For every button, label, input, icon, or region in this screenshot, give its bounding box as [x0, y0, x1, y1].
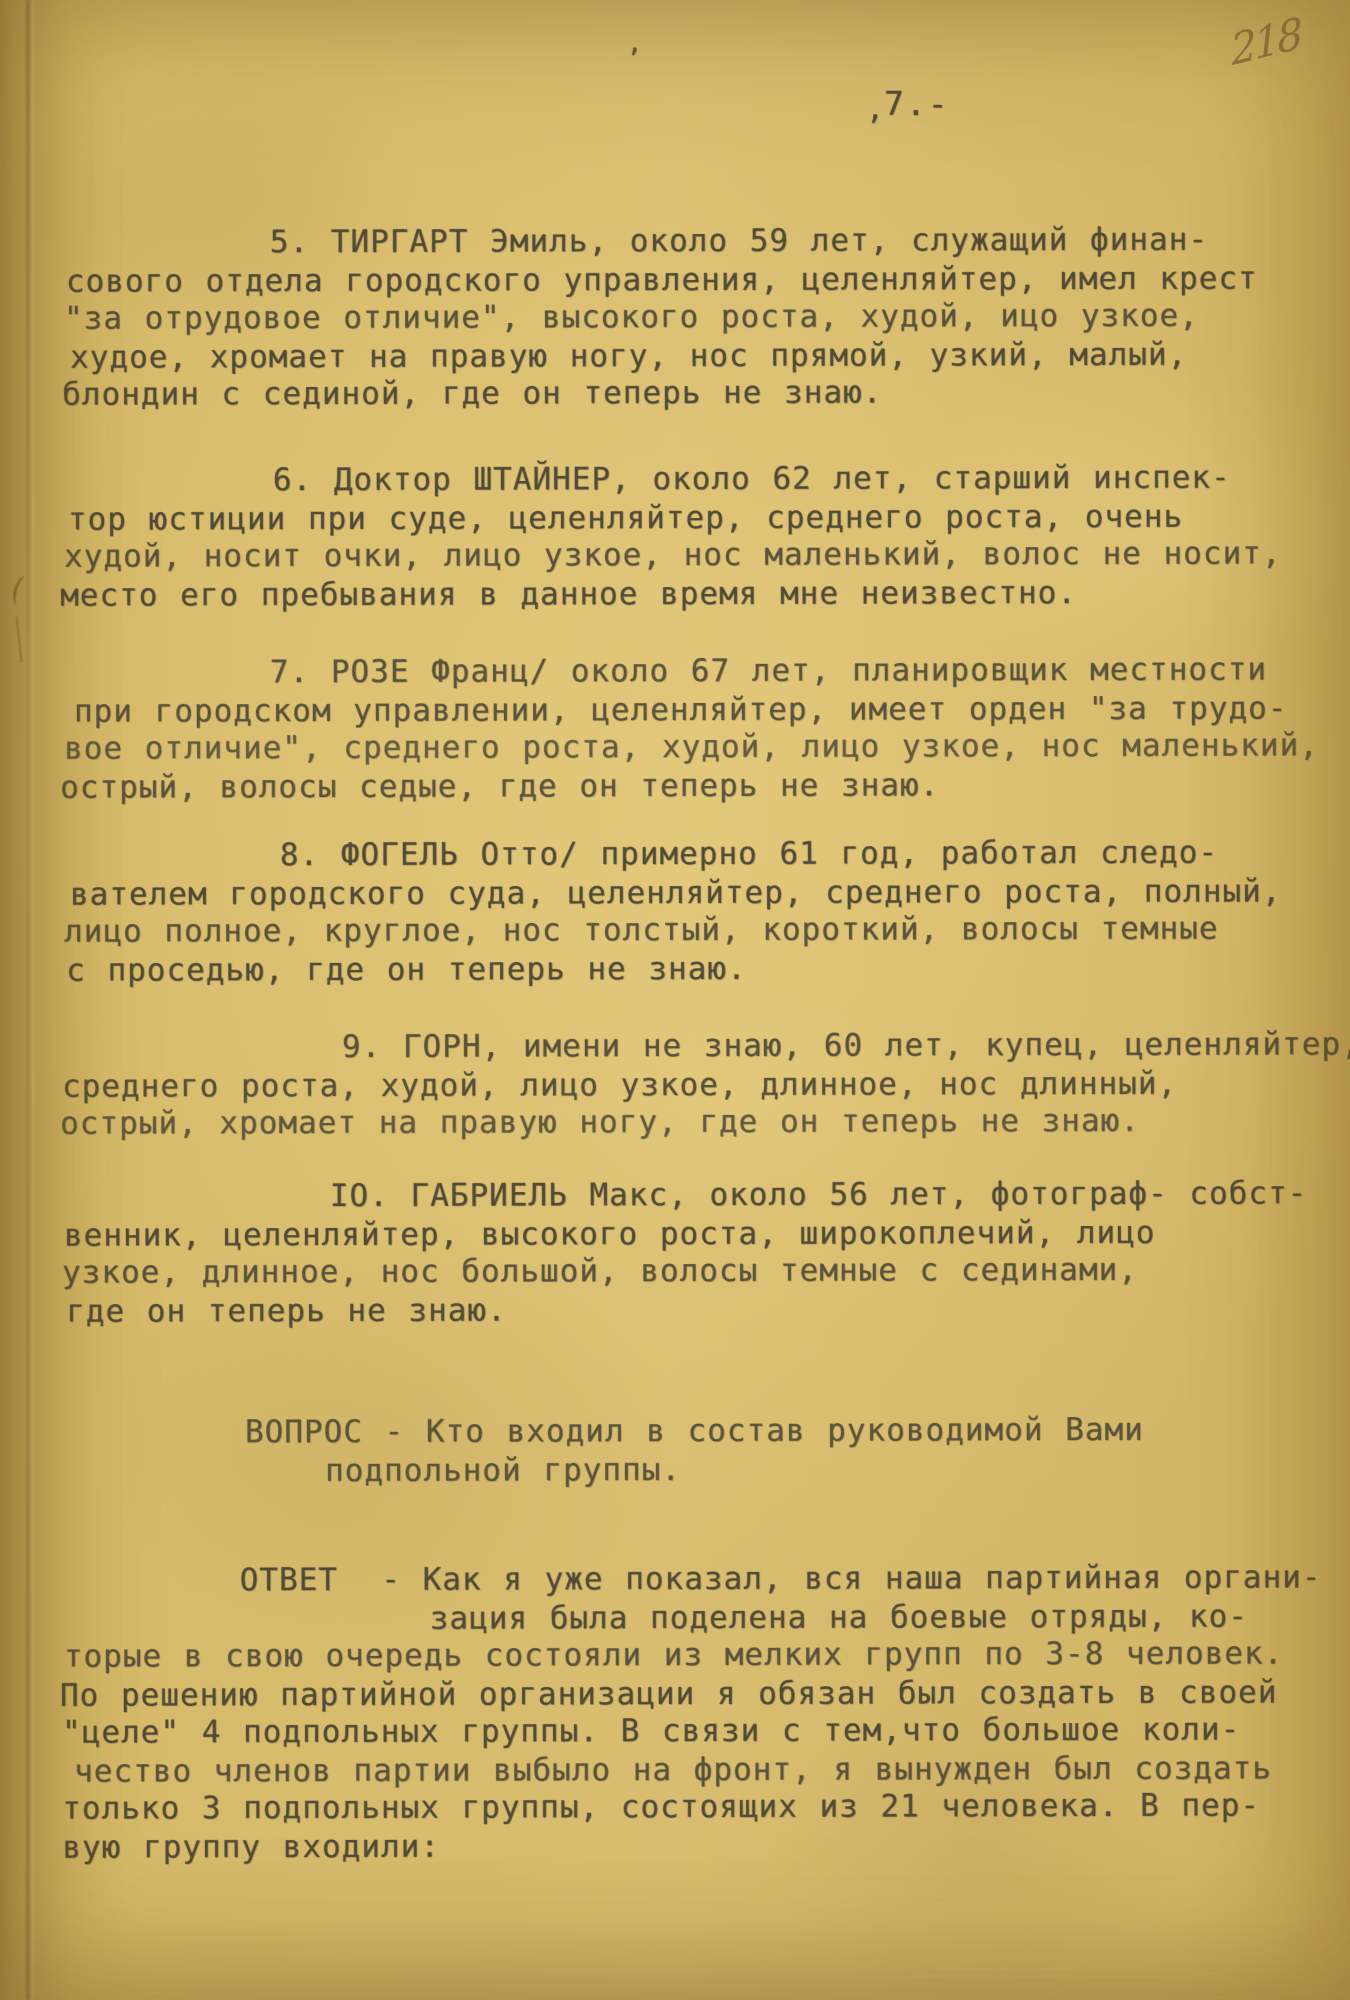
- person-entry-7: 7. РОЗЕ Франц/ около 67 лет, планировщик…: [60, 650, 1350, 805]
- left-edge-tear: [10, 575, 33, 608]
- left-fold-highlight: [31, 0, 34, 2000]
- text-line: торые в свою очередь состояли из мелких …: [64, 1634, 1350, 1675]
- text-line: место его пребывания в данное время мне …: [60, 573, 1350, 614]
- text-line: с проседью, где он теперь не знаю.: [66, 948, 1350, 989]
- text-line: ОТВЕТ - Как я уже показал, вся наша парт…: [240, 1558, 1350, 1599]
- text-line: худой, носит очки, лицо узкое, нос мален…: [64, 534, 1350, 575]
- text-line: "целе" 4 подпольных группы. В связи с те…: [62, 1710, 1350, 1751]
- text-line: вателем городского суда, целенляйтер, ср…: [70, 872, 1350, 913]
- left-fold-crease: [26, 0, 30, 2000]
- question-block: ВОПРОС - Кто входил в состав руководимой…: [60, 1410, 1350, 1489]
- text-line: ВОПРОС - Кто входил в состав руководимой…: [245, 1410, 1350, 1451]
- text-line: вое отличие", среднего роста, худой, лиц…: [64, 726, 1350, 767]
- text-line: лицо полное, круглое, нос толстый, корот…: [64, 909, 1350, 950]
- text-line: блондин с сединой, где он теперь не знаю…: [62, 372, 1350, 413]
- stray-ink-mark: ,: [866, 92, 884, 127]
- text-line: IO. ГАБРИЕЛЬ Макс, около 56 лет, фотогра…: [330, 1174, 1350, 1215]
- person-entry-5: 5. ТИРГАРТ Эмиль, около 59 лет, служащий…: [60, 220, 1350, 413]
- text-line: худое, хромает на правую ногу, нос прямо…: [70, 335, 1350, 376]
- text-line: тор юстиции при суде, целенляйтер, средн…: [68, 497, 1350, 538]
- text-line: 9. ГОРН, имени не знаю, 60 лет, купец, ц…: [342, 1025, 1350, 1066]
- answer-block: ОТВЕТ - Как я уже показал, вся наша парт…: [60, 1558, 1350, 1865]
- typed-page-number: 7.-: [884, 84, 950, 123]
- text-line: По решению партийной организации я обяза…: [60, 1673, 1350, 1714]
- text-line: чество членов партии выбыло на фронт, я …: [74, 1749, 1350, 1790]
- text-line: острый, хромает на правую ногу, где он т…: [60, 1101, 1350, 1142]
- text-line: 7. РОЗЕ Франц/ около 67 лет, планировщик…: [270, 650, 1350, 691]
- person-entry-10: IO. ГАБРИЕЛЬ Макс, около 56 лет, фотогра…: [60, 1174, 1350, 1329]
- text-line: зация была поделена на боевые отряды, ко…: [430, 1597, 1350, 1637]
- text-line: узкое, длинное, нос большой, волосы темн…: [62, 1250, 1350, 1291]
- text-line: "за отрудовое отличие", высокого роста, …: [64, 296, 1350, 337]
- left-edge-tear: [16, 616, 31, 663]
- person-entry-8: 8. ФОГЕЛЬ Отто/ примерно 61 год, работал…: [60, 833, 1350, 988]
- text-line: вую группу входили:: [62, 1825, 1350, 1866]
- text-line: венник, целенляйтер, высокого роста, шир…: [64, 1213, 1350, 1254]
- person-entry-9: 9. ГОРН, имени не знаю, 60 лет, купец, ц…: [60, 1025, 1350, 1142]
- handwritten-page-number: 218: [1229, 9, 1302, 76]
- text-line: сового отдела городского управления, цел…: [66, 259, 1350, 300]
- text-line: 8. ФОГЕЛЬ Отто/ примерно 61 год, работал…: [280, 833, 1350, 874]
- text-line: только 3 подпольных группы, состоящих из…: [62, 1786, 1350, 1827]
- document-page: 218 ’ , 7.- 5. ТИРГАРТ Эмиль, около 59 л…: [0, 0, 1350, 2000]
- text-line: где он теперь не знаю.: [66, 1289, 1350, 1330]
- text-line: 5. ТИРГАРТ Эмиль, около 59 лет, служащий…: [270, 220, 1350, 261]
- text-line: подпольной группы.: [325, 1449, 1350, 1490]
- stray-ink-mark: ’: [626, 44, 642, 74]
- text-line: 6. Доктор ШТАЙНЕР, около 62 лет, старший…: [273, 458, 1350, 499]
- text-line: острый, волосы седые, где он теперь не з…: [60, 765, 1350, 806]
- text-line: при городском управлении, целенляйтер, и…: [74, 689, 1350, 730]
- text-line: среднего роста, худой, лицо узкое, длинн…: [62, 1064, 1350, 1105]
- person-entry-6: 6. Доктор ШТАЙНЕР, около 62 лет, старший…: [60, 458, 1350, 613]
